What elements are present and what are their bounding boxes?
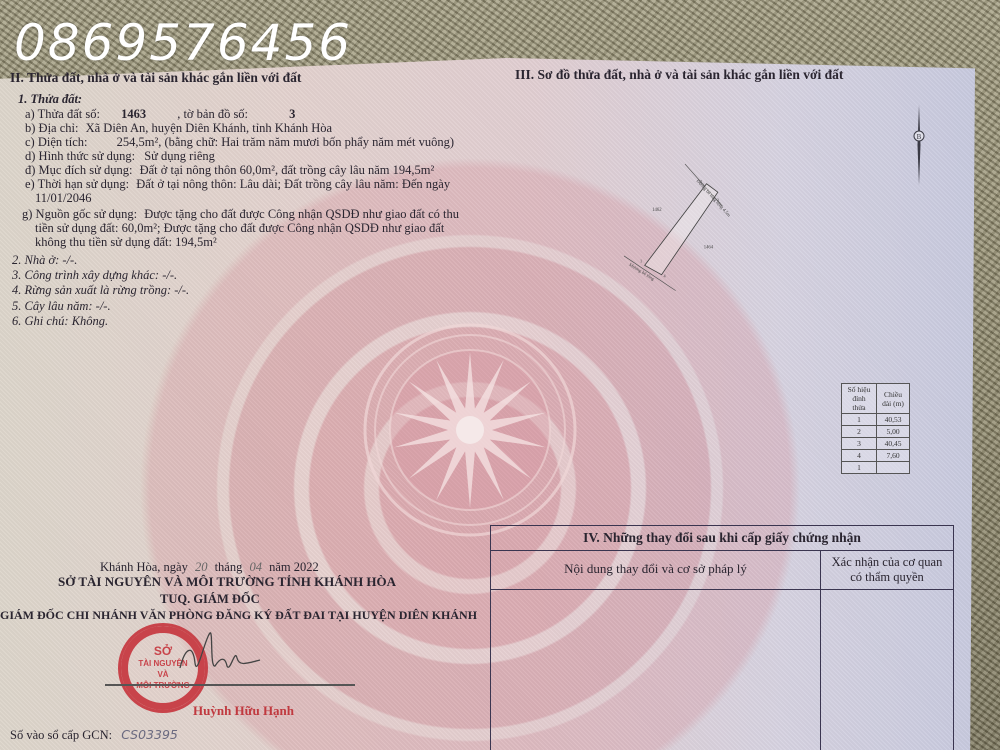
edge-length-row: 47,60 [842, 450, 910, 462]
usage-form-value: Sử dụng riêng [144, 149, 215, 163]
length-header: Chiều dài (m) [877, 384, 910, 414]
usage-form-label: d) Hình thức sử dụng: [25, 149, 135, 163]
section-4-title: IV. Những thay đổi sau khi cấp giấy chứn… [491, 526, 953, 551]
signer-name: Huỳnh Hữu Hạnh [193, 703, 294, 719]
signature-line [105, 684, 355, 686]
usage-origin-label: g) Nguồn gốc sử dụng: [22, 207, 137, 221]
parcel-sketch: Đường bê tông rộng 4,5m Mương bê tông 14… [610, 150, 760, 300]
edge-length-row: 25,00 [842, 426, 910, 438]
edge-length-row: 1 [842, 462, 910, 474]
area-value: 254,5m², (bằng chữ: Hai trăm năm mươi bố… [117, 135, 454, 149]
changes-table: IV. Những thay đổi sau khi cấp giấy chứn… [490, 525, 954, 750]
vertex-cell: 4 [842, 450, 877, 462]
svg-text:1: 1 [640, 259, 642, 264]
handwritten-signature [175, 628, 265, 688]
edge-length-table: Số hiệu đỉnh thửa Chiều dài (m) 140,5325… [841, 383, 910, 474]
vertex-cell: 1 [842, 462, 877, 474]
svg-text:3: 3 [717, 198, 719, 203]
usage-term-date: 11/01/2046 [35, 190, 91, 206]
vertex-cell: 2 [842, 426, 877, 438]
vertex-header: Số hiệu đỉnh thửa [842, 384, 877, 414]
authority-header-line1: Xác nhận của cơ quan [821, 555, 953, 570]
length-cell: 40,45 [877, 438, 910, 450]
address-label: b) Địa chỉ: [25, 121, 78, 135]
vertex-cell: 3 [842, 438, 877, 450]
svg-text:2: 2 [700, 179, 702, 184]
edge-length-row: 340,45 [842, 438, 910, 450]
parcel-number-label: a) Thửa đất số: [25, 107, 100, 121]
length-cell: 7,60 [877, 450, 910, 462]
planted-forest-item: 4. Rừng sản xuất là rừng trồng: -/-. [12, 282, 189, 298]
stamp-top: SỞ [154, 645, 172, 658]
change-content-header: Nội dung thay đổi và cơ sở pháp lý [491, 551, 821, 589]
issue-month: 04 [249, 560, 262, 574]
issue-date: Khánh Hòa, ngày 20 tháng 04 năm 2022 [100, 559, 319, 575]
signer-position: GIÁM ĐỐC CHI NHÁNH VĂN PHÒNG ĐĂNG KÝ ĐẤT… [0, 607, 477, 623]
usage-purpose-value: Đất ở tại nông thôn 60,0m², đất trồng câ… [140, 163, 435, 177]
house-item: 2. Nhà ở: -/-. [12, 252, 77, 268]
parcel-number: 1463 [121, 107, 146, 121]
registry-value: CS03395 [121, 727, 178, 742]
month-label: tháng [215, 560, 243, 574]
perennial-trees-item: 5. Cây lâu năm: -/-. [12, 298, 111, 314]
usage-origin-value: Được tặng cho đất được Công nhận QSDĐ nh… [144, 207, 459, 221]
usage-purpose-label: đ) Mục đích sử dụng: [25, 163, 132, 177]
stamp-line3: VÀ [157, 669, 168, 680]
change-content-cell [491, 590, 821, 750]
north-compass-icon: B [912, 105, 926, 185]
registry-label: Số vào sổ cấp GCN: [10, 728, 112, 742]
on-behalf-title: TUQ. GIÁM ĐỐC [160, 591, 260, 607]
authority-header-line2: có thẩm quyền [821, 570, 953, 585]
authority-confirmation-header: Xác nhận của cơ quan có thẩm quyền [821, 551, 953, 589]
drum-rosette-icon [360, 320, 580, 540]
registry-number-row: Số vào sổ cấp GCN: CS03395 [10, 727, 178, 743]
address-value: Xã Diên An, huyện Diên Khánh, tỉnh Khánh… [86, 121, 332, 135]
length-cell [877, 462, 910, 474]
svg-text:1464: 1464 [704, 245, 714, 250]
svg-text:4: 4 [663, 274, 666, 279]
svg-text:1462: 1462 [652, 208, 662, 213]
vertex-cell: 1 [842, 414, 877, 426]
notes-item: 6. Ghi chú: Không. [12, 313, 108, 329]
svg-text:B: B [917, 133, 922, 141]
other-construction-item: 3. Công trình xây dựng khác: -/-. [12, 267, 177, 283]
agency-name: SỞ TÀI NGUYÊN VÀ MÔI TRƯỜNG TỈNH KHÁNH H… [58, 574, 396, 590]
issue-day: 20 [195, 560, 208, 574]
map-sheet-number: 3 [289, 107, 295, 121]
edge-length-row: 140,53 [842, 414, 910, 426]
usage-origin-cont2: không thu tiền sử dụng đất: 194,5m² [35, 234, 217, 250]
length-cell: 40,53 [877, 414, 910, 426]
area-label: c) Diện tích: [25, 135, 87, 149]
section-3-title: III. Sơ đồ thửa đất, nhà ở và tài sản kh… [515, 67, 843, 83]
issue-year: năm 2022 [269, 560, 319, 574]
usage-term-label: e) Thời hạn sử dụng: [25, 177, 129, 191]
phone-number-watermark: 0869576456 [14, 14, 352, 72]
section-2-title: II. Thửa đất, nhà ở và tài sản khác gắn … [10, 70, 301, 86]
parcel-heading: 1. Thửa đất: [18, 91, 82, 107]
map-sheet-label: , tờ bản đồ số: [177, 107, 248, 121]
date-prefix: Khánh Hòa, ngày [100, 560, 188, 574]
usage-term-value: Đất ở tại nông thôn: Lâu dài; Đất trồng … [136, 177, 450, 191]
length-cell: 5,00 [877, 426, 910, 438]
